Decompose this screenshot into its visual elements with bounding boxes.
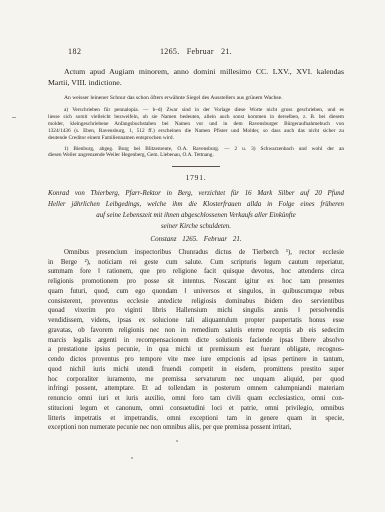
body-line: marcis legalis argenti in recompensacion…: [48, 336, 344, 346]
entry-regest: Konrad von Thierberg, Pfarr-Rektor in Be…: [48, 189, 344, 233]
regest-line: seiner Kirche schuldeten.: [48, 222, 344, 233]
body-line: quam futuri, quod, cum ego quondam ‖ uni…: [48, 287, 344, 297]
footnote-a-line: molder, kleingeschriebene Anfangsbuchsta…: [48, 121, 344, 128]
page-header: 182 1265. Februar 21.: [48, 47, 344, 57]
body-line: exceptioni non numerate pecunie nec non …: [48, 423, 344, 433]
body-line: infringi possent, attemptare. Et ad toll…: [48, 384, 344, 394]
scan-speckle: [12, 117, 16, 118]
text-column: 182 1265. Februar 21. Actum apud Augiam …: [48, 47, 344, 433]
entry-separator-rule: [172, 166, 220, 167]
footnote-a: a) Verschrieben für pennalopia. — b–d) Z…: [48, 107, 344, 142]
body-line: in Berge ²), noticiam rei geste cum salu…: [48, 258, 344, 268]
entry-dateline: Constanz 1265. Februar 21.: [48, 235, 344, 243]
body-line: cendo dictos proventus pro tempore vite …: [48, 355, 344, 365]
body-line: quod nichil iuris michi utendi fruendi c…: [48, 365, 344, 375]
footnote-1-line: 1) Bienburg, abgeg. Burg bei Blitzenreut…: [48, 146, 344, 153]
entry-body: Omnibus presencium inspectoribus Chunrad…: [48, 248, 344, 433]
body-line: stitucioni legum et canonum, omni consue…: [48, 404, 344, 414]
scan-speckle: [131, 457, 133, 459]
body-line: renuncio omni iuri et iuris auxilio, omn…: [48, 394, 344, 404]
body-line: Omnibus presencium inspectoribus Chunrad…: [48, 248, 344, 258]
scanned-book-page: 182 1265. Februar 21. Actum apud Augiam …: [0, 0, 385, 512]
regest-line: auf seine Lebenszeit mit ihnen abgeschlo…: [48, 211, 344, 222]
body-line: a prestatione ipsius pecunie, in qua mic…: [48, 345, 344, 355]
entry-number: 1791.: [48, 173, 344, 182]
regest-line: Heller jährlichen Leibgedings, welche ih…: [48, 200, 344, 211]
body-line: summam fore ‖ rationem, que pro religion…: [48, 267, 344, 277]
footnote-1: 1) Bienburg, abgeg. Burg bei Blitzenreut…: [48, 146, 344, 160]
actum-line: Actum apud Augiam minorem, anno domini m…: [48, 66, 344, 77]
body-line: religionis promotionem pro posse sit int…: [48, 277, 344, 287]
footnote-a-line: 1324/1436 (s. Eben, Ravensburg, 1, 512 f…: [48, 128, 344, 135]
footnote-a-line: deutende Creditor einem Familiennamen en…: [48, 135, 344, 142]
footnote-a-line: a) Verschrieben für pennalopia. — b–d) Z…: [48, 107, 344, 114]
regest-line: Konrad von Thierberg, Pfarr-Rektor in Be…: [48, 189, 344, 200]
previous-entry-actum: Actum apud Augiam minorem, anno domini m…: [48, 66, 344, 88]
seal-note: An weisser leinener Schnur das schon öft…: [48, 95, 344, 102]
body-line: consisterent, proventus ecclesie antedic…: [48, 297, 344, 307]
body-line: quoad vixerim pro viginti libris Hallens…: [48, 306, 344, 316]
body-line: litteris impetratis et impetrandis, omni…: [48, 414, 344, 424]
body-line: vendidissem, videns, ipsas ex solucione …: [48, 316, 344, 326]
scan-speckle: [176, 440, 178, 442]
running-head-date: 1265. Februar 21.: [48, 47, 344, 56]
footnote-1-line: diesen Weiler angrenzende Weiler Hegenbe…: [48, 152, 344, 159]
actum-line: Martii, VIII. indictione.: [48, 77, 344, 88]
footnote-a-line: liesse sich somit vielleicht bezweifeln,…: [48, 114, 344, 121]
body-line: hoc corporaliter iuramento, me premissa …: [48, 375, 344, 385]
body-line: gravatas, ob favorem religionis nec non …: [48, 326, 344, 336]
